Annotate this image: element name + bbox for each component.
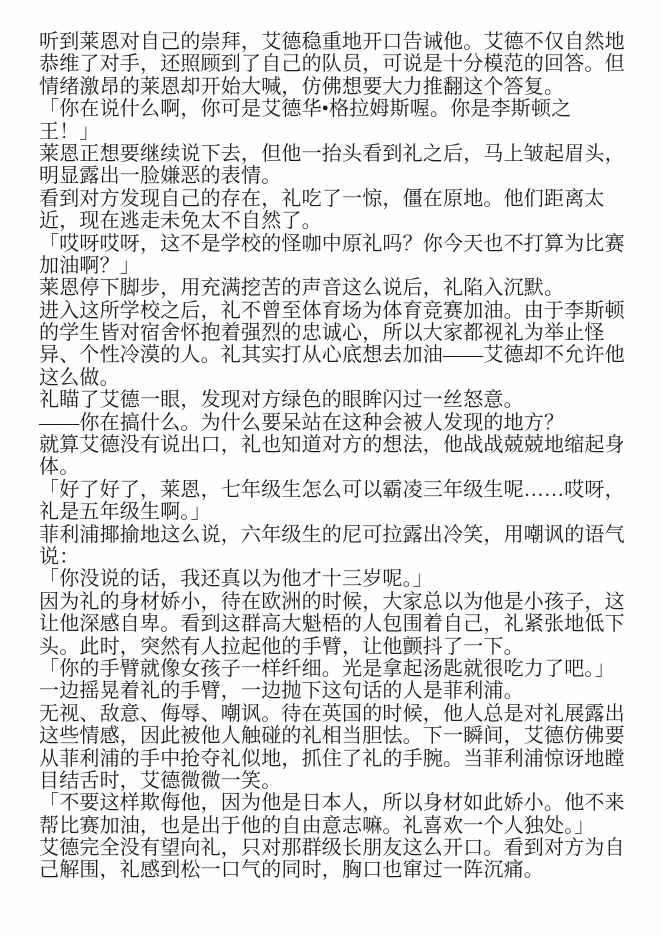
text-line: 礼是五年级生啊。」: [39, 501, 645, 523]
text-line: 「好了好了，莱恩，七年级生怎么可以霸凌三年级生呢……哎呀，: [39, 479, 645, 501]
text-line: 让他深感自卑。看到这群高大魁梧的人包围着自己，礼紧张地低下: [39, 613, 645, 635]
text-line: 目结舌时，艾德微微一笑。: [39, 770, 645, 792]
text-line: 恭维了对手，还照顾到了自己的队员，可说是十分模范的回答。但: [39, 53, 645, 75]
novel-text-block: 听到莱恩对自己的崇拜，艾德稳重地开口告诫他。艾德不仅自然地恭维了对手，还照顾到了…: [39, 31, 645, 882]
text-line: ——你在搞什么。为什么要呆站在这种会被人发现的地方？: [39, 412, 645, 434]
text-line: 因为礼的身材娇小，待在欧洲的时候，大家总以为他是小孩子，这: [39, 591, 645, 613]
text-line: 莱恩停下脚步，用充满挖苦的声音这么说后，礼陷入沉默。: [39, 277, 645, 299]
text-line: 艾德完全没有望向礼，只对那群级长朋友这么开口。看到对方为自: [39, 837, 645, 859]
text-line: 「不要这样欺侮他，因为他是日本人，所以身材如此娇小。他不来: [39, 792, 645, 814]
text-line: 近，现在逃走未免太不自然了。: [39, 210, 645, 232]
text-line: 「你没说的话，我还真以为他才十三岁呢。」: [39, 568, 645, 590]
text-line: 「你在说什么啊，你可是艾德华•格拉姆斯喔。你是李斯顿之: [39, 98, 645, 120]
text-line: 从菲利浦的手中抢夺礼似地，抓住了礼的手腕。当菲利浦惊讶地瞠: [39, 748, 645, 770]
text-line: 情绪激昂的莱恩却开始大喊，仿佛想要大力推翻这个答复。: [39, 76, 645, 98]
text-line: 菲利浦揶揄地这么说，六年级生的尼可拉露出冷笑，用嘲讽的语气: [39, 524, 645, 546]
text-line: 帮比赛加油，也是出于他的自由意志嘛。礼喜欢一个人独处。」: [39, 815, 645, 837]
text-line: 说：: [39, 546, 645, 568]
text-line: 进入这所学校之后，礼不曾至体育场为体育竞赛加油。由于李斯顿: [39, 300, 645, 322]
text-line: 「哎呀哎呀，这不是学校的怪咖中原礼吗？你今天也不打算为比赛: [39, 233, 645, 255]
text-line: 听到莱恩对自己的崇拜，艾德稳重地开口告诫他。艾德不仅自然地: [39, 31, 645, 53]
text-line: 就算艾德没有说出口，礼也知道对方的想法，他战战兢兢地缩起身: [39, 434, 645, 456]
text-line: 的学生皆对宿舍怀抱着强烈的忠诚心，所以大家都视礼为举止怪: [39, 322, 645, 344]
text-line: 这些情感，因此被他人触碰的礼相当胆怯。下一瞬间，艾德仿佛要: [39, 725, 645, 747]
text-line: 己解围，礼感到松一口气的同时，胸口也窜过一阵沉痛。: [39, 859, 645, 881]
text-line: 一边摇晃着礼的手臂，一边抛下这句话的人是菲利浦。: [39, 680, 645, 702]
screenshot-root: { "page": { "background_color": "#fefefe…: [0, 0, 662, 935]
text-line: 体。: [39, 456, 645, 478]
text-line: 明显露出一脸嫌恶的表情。: [39, 165, 645, 187]
text-line: 无视、敌意、侮辱、嘲讽。待在英国的时候，他人总是对礼展露出: [39, 703, 645, 725]
text-line: 头。此时，突然有人拉起他的手臂，让他颤抖了一下。: [39, 636, 645, 658]
text-line: 看到对方发现自己的存在，礼吃了一惊，僵在原地。他们距离太: [39, 188, 645, 210]
ebook-page: 听到莱恩对自己的崇拜，艾德稳重地开口告诫他。艾德不仅自然地恭维了对手，还照顾到了…: [0, 0, 662, 935]
text-line: 加油啊？」: [39, 255, 645, 277]
text-line: 这么做。: [39, 367, 645, 389]
text-line: 王！」: [39, 121, 645, 143]
text-line: 莱恩正想要继续说下去，但他一抬头看到礼之后，马上皱起眉头，: [39, 143, 645, 165]
text-line: 礼瞄了艾德一眼，发现对方绿色的眼眸闪过一丝怒意。: [39, 389, 645, 411]
text-line: 异、个性冷漠的人。礼其实打从心底想去加油——艾德却不允许他: [39, 344, 645, 366]
text-line: 「你的手臂就像女孩子一样纤细。光是拿起汤匙就很吃力了吧。」: [39, 658, 645, 680]
